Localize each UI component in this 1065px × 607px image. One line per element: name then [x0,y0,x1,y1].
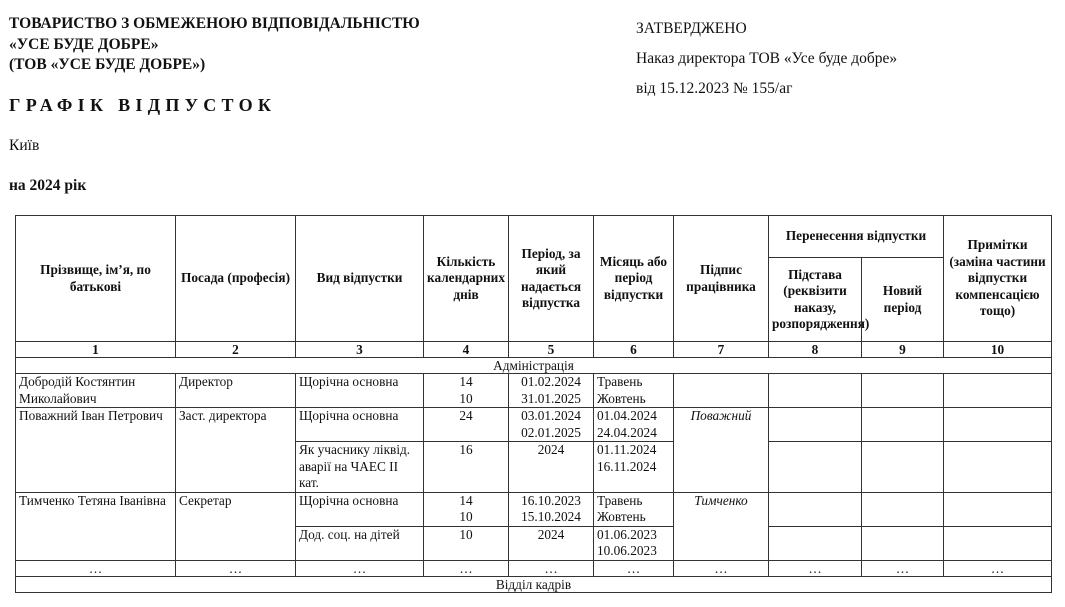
transfer-basis-cell [769,408,862,442]
leave-month: 01.06.202310.06.2023 [594,526,674,560]
column-numbers-row: 1 2 3 4 5 6 7 8 9 10 [16,342,1052,358]
leave-days: 16 [424,442,509,493]
ellipsis-cell: … [296,560,424,576]
ellipsis-cell: … [594,560,674,576]
ellipsis-cell: … [862,560,944,576]
leave-month: ТравеньЖовтень [594,492,674,526]
approval-date-number: від 15.12.2023 № 155/аг [636,74,897,104]
ellipsis-cell: … [944,560,1052,576]
employee-name: Тимченко Тетяна Іванівна [16,492,176,560]
ellipsis-cell: … [176,560,296,576]
col-header-transfer-group: Перенесення відпустки [769,216,944,258]
employee-signature: Тимченко [674,492,769,560]
col-header-signature: Підпис працівника [674,216,769,342]
transfer-new-period-cell [862,408,944,442]
transfer-basis-cell [769,442,862,493]
section-row: Адміністрація [16,358,1052,374]
city: Київ [9,137,39,155]
approval-label: ЗАТВЕРДЖЕНО [636,14,897,44]
notes-cell [944,492,1052,526]
leave-type: Щорічна основна [296,408,424,442]
leave-days: 24 [424,408,509,442]
employee-name: Добродій Костянтин Миколайович [16,374,176,408]
transfer-basis-cell [769,526,862,560]
notes-cell [944,526,1052,560]
col-header-name: Прізвище, ім’я, по батькові [16,216,176,342]
transfer-new-period-cell [862,526,944,560]
organization-name: ТОВАРИСТВО З ОБМЕЖЕНОЮ ВІДПОВІДАЛЬНІСТЮ … [9,14,420,76]
section-title: Адміністрація [16,358,1052,374]
col-number: 3 [296,342,424,358]
employee-name: Поважний Іван Петрович [16,408,176,493]
ellipsis-cell: … [16,560,176,576]
transfer-new-period-cell [862,374,944,408]
ellipsis-cell: … [424,560,509,576]
transfer-new-period-cell [862,442,944,493]
leave-period-for: 03.01.202402.01.2025 [509,408,594,442]
vacation-schedule-table: Прізвище, ім’я, по батькові Посада (проф… [15,215,1052,593]
org-line-2: «УСЕ БУДЕ ДОБРЕ» [9,35,420,56]
approval-order: Наказ директора ТОВ «Усе буде добре» [636,44,897,74]
col-header-position: Посада (професія) [176,216,296,342]
section-row: Відділ кадрів [16,576,1052,592]
leave-month: 01.04.202424.04.2024 [594,408,674,442]
approval-block: ЗАТВЕРДЖЕНО Наказ директора ТОВ «Усе буд… [636,14,897,104]
col-number: 10 [944,342,1052,358]
leave-type: Як учаснику ліквід. аварії на ЧАЕС ІІ ка… [296,442,424,493]
col-number: 4 [424,342,509,358]
transfer-basis-cell [769,492,862,526]
notes-cell [944,442,1052,493]
ellipsis-cell: … [769,560,862,576]
col-number: 5 [509,342,594,358]
transfer-basis-cell [769,374,862,408]
leave-type: Щорічна основна [296,374,424,408]
col-number: 9 [862,342,944,358]
table-row: Тимченко Тетяна Іванівна Секретар Щорічн… [16,492,1052,526]
org-line-1: ТОВАРИСТВО З ОБМЕЖЕНОЮ ВІДПОВІДАЛЬНІСТЮ [9,14,420,35]
leave-month: ТравеньЖовтень [594,374,674,408]
leave-period-for: 16.10.202315.10.2024 [509,492,594,526]
ellipsis-cell: … [509,560,594,576]
leave-month: 01.11.202416.11.2024 [594,442,674,493]
col-number: 6 [594,342,674,358]
col-number: 7 [674,342,769,358]
col-number: 1 [16,342,176,358]
employee-position: Секретар [176,492,296,560]
leave-type: Щорічна основна [296,492,424,526]
leave-period-for: 2024 [509,526,594,560]
notes-cell [944,374,1052,408]
leave-period-for: 01.02.202431.01.2025 [509,374,594,408]
col-header-period-for: Період, за який надається відпустка [509,216,594,342]
employee-position: Заст. директора [176,408,296,493]
leave-type: Дод. соц. на дітей [296,526,424,560]
ellipsis-cell: … [674,560,769,576]
leave-period-for: 2024 [509,442,594,493]
col-header-days: Кількість календарних днів [424,216,509,342]
employee-signature [674,374,769,408]
document-title: ГРАФІК ВІДПУСТОК [9,95,276,116]
schedule-year: на 2024 рік [9,177,86,195]
org-line-3: (ТОВ «УСЕ БУДЕ ДОБРЕ») [9,55,420,76]
transfer-new-period-cell [862,492,944,526]
employee-position: Директор [176,374,296,408]
table-row: Добродій Костянтин Миколайович Директор … [16,374,1052,408]
col-number: 2 [176,342,296,358]
col-header-notes: Примітки (заміна частини відпустки компе… [944,216,1052,342]
leave-days: 1410 [424,374,509,408]
leave-days: 1410 [424,492,509,526]
table-row: Поважний Іван Петрович Заст. директора Щ… [16,408,1052,442]
ellipsis-row: … … … … … … … … … … [16,560,1052,576]
col-header-leave-type: Вид відпустки [296,216,424,342]
col-number: 8 [769,342,862,358]
col-header-transfer-new: Новий період [862,258,944,342]
notes-cell [944,408,1052,442]
col-header-transfer-basis: Підстава (реквізити наказу, розпорядженн… [769,258,862,342]
col-header-month: Місяць або період відпустки [594,216,674,342]
leave-days: 10 [424,526,509,560]
employee-signature: Поважний [674,408,769,493]
section-title: Відділ кадрів [16,576,1052,592]
